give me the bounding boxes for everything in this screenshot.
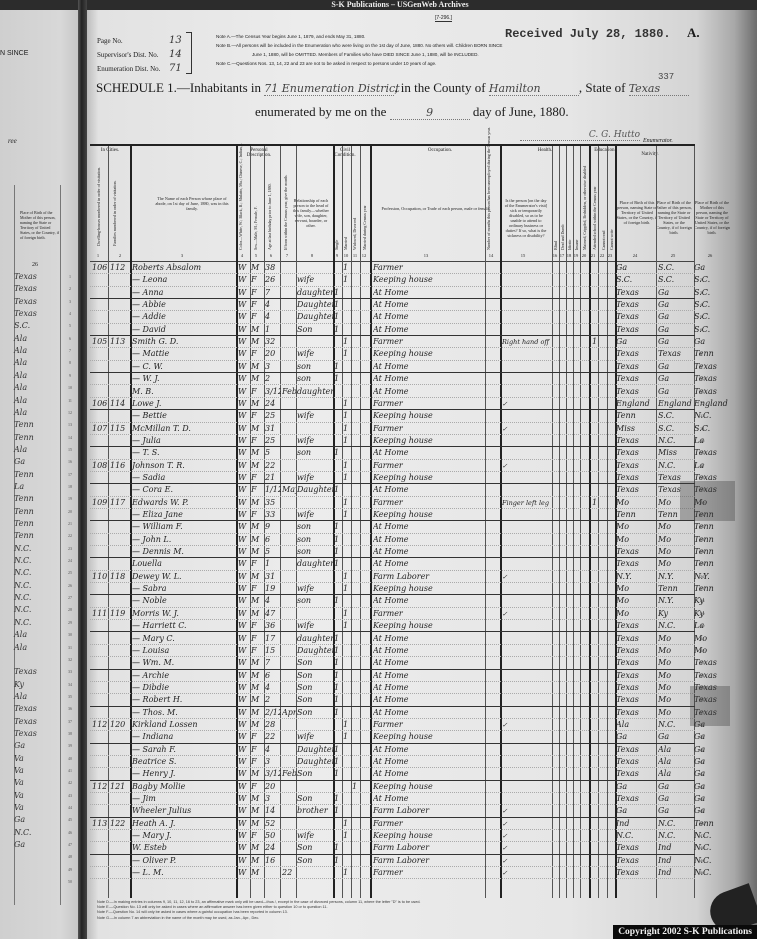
cell-fam — [110, 620, 130, 632]
cell-fam — [110, 410, 130, 422]
district-info: Page No.13 Supervisor's Dist. No.14 Enum… — [97, 34, 182, 76]
prev-page-entry: Tenn — [14, 529, 60, 542]
cell-age: 36 — [265, 620, 281, 632]
cell-widowed: 1 — [352, 781, 361, 793]
schedule-prefix: SCHEDULE 1.—Inhabitants in — [96, 80, 261, 95]
cell-age: 3 — [265, 756, 281, 768]
cell-pob: Ga — [616, 336, 658, 348]
cell-occ: At Home — [373, 768, 485, 780]
prev-page-row-number: 21 — [64, 517, 76, 530]
table-row: — Mary J.WF50wife1Keeping house✓N.C.N.C.… — [90, 830, 695, 842]
county-label: , in the County of — [394, 80, 485, 95]
cell-month — [282, 521, 296, 533]
prev-page-row-number: 47 — [64, 838, 76, 851]
cell-married — [343, 299, 352, 311]
cell-pob: Tenn — [616, 410, 658, 422]
cell-married: 1 — [343, 608, 352, 620]
cell-sex: M — [251, 460, 264, 472]
prev-page-entry: Ala — [14, 628, 60, 641]
cell-single: 1 — [334, 707, 343, 719]
cell-sex: M — [251, 534, 264, 546]
table-row: 112121Bagby MollieWF201Keeping houseGaGa… — [90, 781, 695, 793]
cell-sick — [502, 694, 550, 706]
cell-rel: son — [297, 546, 333, 558]
cell-name: — Mary C. — [132, 633, 236, 645]
column-number: 26 — [706, 253, 714, 258]
table-row: 111119Morris W. J.WM471Farmer✓MoKyKy29 — [90, 608, 695, 620]
cell-name: — Sadia — [132, 472, 236, 484]
cell-month: May — [282, 484, 296, 496]
cell-month — [282, 744, 296, 756]
col22-header: Cannot read — [601, 216, 606, 250]
cell-month — [282, 311, 296, 323]
cell-single — [334, 818, 343, 830]
cell-rel — [297, 398, 333, 410]
cell-married — [343, 546, 352, 558]
cell-sick — [502, 583, 550, 595]
cell-rel: Son — [297, 657, 333, 669]
table-row: 106114Lowe J.WM241Farmer✓EnglandEnglandE… — [90, 398, 695, 410]
cell-sex: M — [251, 373, 264, 385]
cell-fam: 121 — [110, 781, 130, 793]
cell-age: 3 — [265, 361, 281, 373]
cell-married: 1 — [343, 336, 352, 348]
cell-age: 1/12 — [265, 484, 281, 496]
enumeration-date-line: enumerated by me on the 9 day of June, 1… — [255, 104, 569, 120]
cell-pob: Texas — [616, 867, 658, 879]
cell-sex: F — [251, 781, 264, 793]
cell-color: W — [238, 373, 250, 385]
cell-single: 1 — [334, 694, 343, 706]
cell-pobf: Mo — [658, 633, 696, 645]
cell-fam — [110, 472, 130, 484]
prev-page-row-number: 23 — [64, 542, 76, 555]
cell-age: 3/12 — [265, 768, 281, 780]
cell-occ: At Home — [373, 324, 485, 336]
column-number: 7 — [283, 253, 291, 258]
cell-fam: 122 — [110, 818, 130, 830]
cell-occ: At Home — [373, 484, 485, 496]
cell-name: — Indiana — [132, 731, 236, 743]
table-row: — Thos. M.WM2/12AprSon1At HomeTexasMoTex… — [90, 707, 695, 719]
row-number: 50 — [700, 867, 704, 879]
cell-single: 1 — [334, 324, 343, 336]
cell-sick — [502, 287, 550, 299]
cell-rel: Daughter — [297, 744, 333, 756]
cell-sex: F — [251, 348, 264, 360]
cell-pobf: Ga — [658, 311, 696, 323]
cell-pob: Texas — [616, 633, 658, 645]
cell-married — [343, 521, 352, 533]
cell-color: W — [238, 287, 250, 299]
cell-single: 1 — [334, 299, 343, 311]
cell-occ: At Home — [373, 657, 485, 669]
cell-rel: daughter — [297, 287, 333, 299]
cell-age: 4 — [265, 595, 281, 607]
cell-color: W — [238, 435, 250, 447]
prev-page-entry: Texas — [14, 295, 60, 308]
cell-color: W — [238, 348, 250, 360]
cell-married: 1 — [343, 731, 352, 743]
cell-color: W — [238, 633, 250, 645]
cell-school — [592, 361, 601, 373]
cell-single — [334, 423, 343, 435]
row-number: 34 — [700, 670, 704, 682]
cell-dw: 111 — [92, 608, 110, 620]
cell-fam — [110, 435, 130, 447]
prev-page-entry: N.C. — [14, 566, 60, 579]
row-number: 23 — [700, 534, 704, 546]
cell-married — [343, 373, 352, 385]
cell-school — [592, 768, 601, 780]
cell-color: W — [238, 855, 250, 867]
cell-age: 4 — [265, 744, 281, 756]
cell-fam — [110, 595, 130, 607]
cell-married — [343, 534, 352, 546]
cell-occ: At Home — [373, 373, 485, 385]
cell-school — [592, 324, 601, 336]
col14-header: Number of months this person has been un… — [486, 168, 491, 250]
cell-fam — [110, 756, 130, 768]
cell-school — [592, 694, 601, 706]
cell-sex: F — [251, 645, 264, 657]
cell-pobf: Ala — [658, 744, 696, 756]
cell-fam: 113 — [110, 336, 130, 348]
row-number: 47 — [700, 830, 704, 842]
cell-sex: M — [251, 398, 264, 410]
state-value: Texas — [629, 82, 689, 96]
cell-rel: Daughter — [297, 311, 333, 323]
cell-sick — [502, 756, 550, 768]
table-row: LouellaWF1daughter1At HomeTexasMoTenn25 — [90, 558, 695, 570]
cell-dw — [92, 855, 110, 867]
enum-day: 9 — [390, 106, 470, 120]
cell-rel: Son — [297, 670, 333, 682]
cell-school — [592, 435, 601, 447]
prev-page-row-number: 43 — [64, 789, 76, 802]
cell-age: 2 — [265, 694, 281, 706]
cell-sick — [502, 558, 550, 570]
cell-pob: Ind — [616, 818, 658, 830]
row-number: 24 — [700, 546, 704, 558]
cell-month — [282, 447, 296, 459]
cell-rel: Son — [297, 694, 333, 706]
cell-occ: Farmer — [373, 867, 485, 879]
cell-dw — [92, 274, 110, 286]
cell-occ: At Home — [373, 595, 485, 607]
cell-school — [592, 447, 601, 459]
cell-married — [343, 768, 352, 780]
cell-sex: M — [251, 521, 264, 533]
cell-sick: ✓ — [502, 842, 550, 854]
cell-pob: Texas — [616, 361, 658, 373]
cell-pobf: Mo — [658, 670, 696, 682]
cell-rel — [297, 818, 333, 830]
cell-sex: M — [251, 805, 264, 817]
cell-pobf: N.C. — [658, 460, 696, 472]
cell-single: 1 — [334, 682, 343, 694]
enumeration-dist-value: 71 — [169, 63, 182, 74]
prev-page-column-number: 26 — [32, 262, 38, 268]
cell-month — [282, 336, 296, 348]
table-row: — LouisaWF15Daughter1At HomeTexasMoMo32 — [90, 645, 695, 657]
cell-dw: 108 — [92, 460, 110, 472]
cell-pob: Texas — [616, 768, 658, 780]
cell-single — [334, 460, 343, 472]
cell-fam — [110, 274, 130, 286]
col20-header: Maimed, Crippled, Bedridden, or otherwis… — [582, 168, 587, 250]
cell-month — [282, 670, 296, 682]
prev-page-row-number: 10 — [64, 381, 76, 394]
cell-occ: At Home — [373, 744, 485, 756]
row-number: 43 — [700, 781, 704, 793]
cell-name: Beatrice S. — [132, 756, 236, 768]
cell-pob: Mo — [616, 583, 658, 595]
cell-age: 1 — [265, 324, 281, 336]
row-number: 40 — [700, 744, 704, 756]
cell-school — [592, 805, 601, 817]
cell-dw — [92, 867, 110, 879]
cell-sex: M — [251, 682, 264, 694]
cell-age: 4 — [265, 682, 281, 694]
prev-page-row-number: 42 — [64, 776, 76, 789]
cell-pobf: S.C. — [658, 423, 696, 435]
cell-school — [592, 620, 601, 632]
cell-rel: brother — [297, 805, 333, 817]
copyright-label: Copyright 2002 S-K Publications — [613, 925, 757, 939]
col21-header: Attended school within the Census year — [592, 168, 597, 250]
prev-page-row-number: 3 — [64, 295, 76, 308]
cell-single — [334, 719, 343, 731]
prev-page-row-number: 9 — [64, 369, 76, 382]
cell-pob: Texas — [616, 682, 658, 694]
cell-month — [282, 287, 296, 299]
cell-occ: Farmer — [373, 398, 485, 410]
cell-rel: daughter — [297, 386, 333, 398]
cell-age: 5 — [265, 546, 281, 558]
cell-age: 24 — [265, 842, 281, 854]
cell-occ: At Home — [373, 645, 485, 657]
cell-pob: Mo — [616, 608, 658, 620]
cell-rel: wife — [297, 731, 333, 743]
cell-sick: Right hand off — [502, 336, 550, 348]
cell-sex: F — [251, 311, 264, 323]
row-number: 13 — [700, 410, 704, 422]
prev-page-row-number: 37 — [64, 715, 76, 728]
cell-pobf: N.C. — [658, 620, 696, 632]
cell-married: 1 — [343, 398, 352, 410]
supervisor-dist-value: 14 — [169, 49, 182, 60]
cell-fam — [110, 633, 130, 645]
prev-page-row-number: 22 — [64, 529, 76, 542]
cell-pobf: Ga — [658, 731, 696, 743]
cell-fam — [110, 361, 130, 373]
cell-fam: 115 — [110, 423, 130, 435]
cell-sick — [502, 262, 550, 274]
prev-page-entry: N.C. — [14, 603, 60, 616]
row-number: 41 — [700, 756, 704, 768]
cell-married — [343, 386, 352, 398]
cell-name: — W. J. — [132, 373, 236, 385]
table-row: — John L.WM6son1At HomeMoMoTenn23 — [90, 534, 695, 546]
cell-school — [592, 830, 601, 842]
group-personal: Personal Description. — [238, 148, 280, 158]
cell-sick — [502, 793, 550, 805]
cell-school — [592, 410, 601, 422]
prev-page-entry: Ala — [14, 690, 60, 703]
cell-month — [282, 274, 296, 286]
cell-single: 1 — [334, 805, 343, 817]
cell-age: 17 — [265, 633, 281, 645]
cell-school — [592, 423, 601, 435]
cell-color: W — [238, 608, 250, 620]
cell-fam — [110, 311, 130, 323]
column-number: 13 — [422, 253, 430, 258]
note-a: Note A.—The Census Year begins June 1, 1… — [216, 32, 656, 41]
cell-month — [282, 348, 296, 360]
cell-sick — [502, 386, 550, 398]
cell-dw — [92, 830, 110, 842]
prev-page-entry: Va — [14, 801, 60, 814]
cell-name: — Noble — [132, 595, 236, 607]
table-row: 113122Heath A. J.WM521Farmer✓IndN.C.Tenn… — [90, 818, 695, 830]
cell-school — [592, 793, 601, 805]
cell-pobf: S.C. — [658, 274, 696, 286]
cell-age: 6 — [265, 670, 281, 682]
cell-name: — Mary J. — [132, 830, 236, 842]
cell-pob: Texas — [616, 645, 658, 657]
cell-occ: At Home — [373, 287, 485, 299]
cell-married — [343, 805, 352, 817]
cell-pob: Texas — [616, 447, 658, 459]
cell-month — [282, 805, 296, 817]
cell-married: 1 — [343, 460, 352, 472]
cell-pob: Texas — [616, 311, 658, 323]
prev-page-row-number: 32 — [64, 653, 76, 666]
cell-sex: F — [251, 484, 264, 496]
cell-name: — Eliza Jane — [132, 509, 236, 521]
cell-month — [282, 818, 296, 830]
cell-dw — [92, 386, 110, 398]
cell-single — [334, 435, 343, 447]
prev-page-entry: N.C. — [14, 591, 60, 604]
cell-age: 52 — [265, 818, 281, 830]
cell-school — [592, 262, 601, 274]
cell-color: W — [238, 521, 250, 533]
table-row: — NobleWM4son1At HomeMoN.Y.Ky28 — [90, 595, 695, 607]
cell-dw — [92, 348, 110, 360]
cell-sick — [502, 435, 550, 447]
header-bracket — [186, 32, 192, 74]
cell-color: W — [238, 509, 250, 521]
group-health: Health. — [500, 148, 590, 153]
cell-color: W — [238, 460, 250, 472]
cell-single: 1 — [334, 546, 343, 558]
row-number: 33 — [700, 657, 704, 669]
cell-married — [343, 756, 352, 768]
cell-color: W — [238, 447, 250, 459]
cell-pobf: Ga — [658, 781, 696, 793]
cell-name: — Oliver P. — [132, 855, 236, 867]
cell-sick — [502, 484, 550, 496]
cell-single — [334, 830, 343, 842]
cell-fam — [110, 670, 130, 682]
cell-single: 1 — [334, 657, 343, 669]
book-binding — [78, 0, 87, 939]
cell-occ: Keeping house — [373, 410, 485, 422]
cell-name: Edwards W. P. — [132, 497, 236, 509]
cell-occ: Farm Laborer — [373, 571, 485, 583]
row-number: 16 — [700, 447, 704, 459]
prev-page-entry — [14, 875, 60, 888]
cell-name: — T. S. — [132, 447, 236, 459]
cell-school — [592, 744, 601, 756]
cell-name: — William F. — [132, 521, 236, 533]
cell-dw — [92, 670, 110, 682]
cell-school — [592, 311, 601, 323]
table-row: W. EstebWM24Son1Farm Laborer✓TexasIndN.C… — [90, 842, 695, 854]
cell-sex: M — [251, 842, 264, 854]
cell-dw: 106 — [92, 398, 110, 410]
cell-name: — Cora E. — [132, 484, 236, 496]
cell-occ: At Home — [373, 682, 485, 694]
prev-page-entry: Ky — [14, 678, 60, 691]
column-number: 2 — [116, 253, 124, 258]
cell-single — [334, 571, 343, 583]
cell-pobf: Ky — [658, 608, 696, 620]
prev-page-entry: Ala — [14, 369, 60, 382]
cell-single: 1 — [334, 756, 343, 768]
cell-sex: M — [251, 855, 264, 867]
cell-fam — [110, 299, 130, 311]
publisher-banner: S-K Publications – USGenWeb Archives — [300, 0, 500, 10]
cell-fam — [110, 583, 130, 595]
cell-pob: Texas — [616, 287, 658, 299]
cell-name: — Archie — [132, 670, 236, 682]
cell-pob: Texas — [616, 842, 658, 854]
cell-pobf: Ga — [658, 299, 696, 311]
prev-page-entry: Ala — [14, 344, 60, 357]
prev-page-entry: La — [14, 480, 60, 493]
row-number: 39 — [700, 731, 704, 743]
cell-school — [592, 670, 601, 682]
table-row: — AnnaWF7daughter1At HomeTexasGaS.C.3 — [90, 287, 695, 299]
table-row: Wheeler JuliusWM14brother1Farm Laborer✓G… — [90, 805, 695, 817]
col13-header: Profession, Occupation, or Trade of each… — [372, 206, 500, 211]
column-number: 8 — [308, 253, 316, 258]
row-number: 49 — [700, 855, 704, 867]
cell-single — [334, 472, 343, 484]
cell-fam: 120 — [110, 719, 130, 731]
row-number: 12 — [700, 398, 704, 410]
cell-color: W — [238, 719, 250, 731]
row-number: 28 — [700, 595, 704, 607]
cell-color: W — [238, 805, 250, 817]
prev-page-row-number: 36 — [64, 702, 76, 715]
cell-color: W — [238, 830, 250, 842]
cell-name: — Thos. M. — [132, 707, 236, 719]
prev-page-row-number: 29 — [64, 616, 76, 629]
cell-color: W — [238, 657, 250, 669]
cell-age — [265, 867, 281, 879]
cell-rel: wife — [297, 274, 333, 286]
cell-sex: F — [251, 830, 264, 842]
cell-pob: Texas — [616, 484, 658, 496]
cell-school — [592, 719, 601, 731]
cell-occ: Farmer — [373, 262, 485, 274]
cell-fam — [110, 645, 130, 657]
cell-month — [282, 583, 296, 595]
